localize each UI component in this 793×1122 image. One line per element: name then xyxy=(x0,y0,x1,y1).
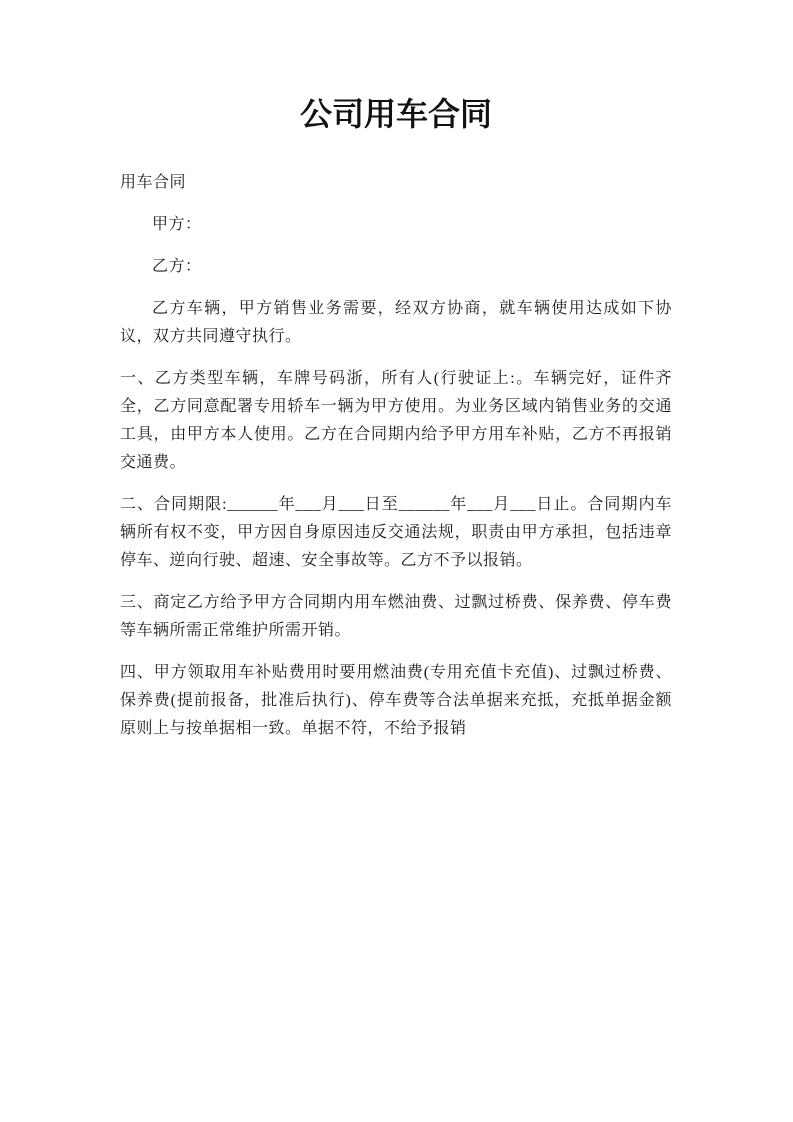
document-page: 公司用车合同 用车合同 甲方： 乙方： 乙方车辆，甲方销售业务需要，经双方协商，… xyxy=(0,0,793,1122)
party-a-label: 甲方： xyxy=(120,211,672,239)
document-title: 公司用车合同 xyxy=(120,92,672,136)
clause-1-vehicle-info: 一、乙方类型车辆，车牌号码浙，所有人(行驶证上:。车辆完好，证件齐全，乙方同意配… xyxy=(120,365,672,477)
clause-4-subsidy-receipts: 四、甲方领取用车补贴费用时要用燃油费(专用充值卡充值)、过飘过桥费、保养费(提前… xyxy=(120,659,672,743)
intro-paragraph: 乙方车辆，甲方销售业务需要，经双方协商，就车辆使用达成如下协议，双方共同遵守执行… xyxy=(120,295,672,351)
clause-3-expenses: 三、商定乙方给予甲方合同期内用车燃油费、过飘过桥费、保养费、停车费等车辆所需正常… xyxy=(120,589,672,645)
clause-2-contract-term: 二、合同期限:______年___月___日至______年___月___日止。… xyxy=(120,491,672,575)
party-b-label: 乙方： xyxy=(120,253,672,281)
document-heading: 用车合同 xyxy=(120,169,672,197)
